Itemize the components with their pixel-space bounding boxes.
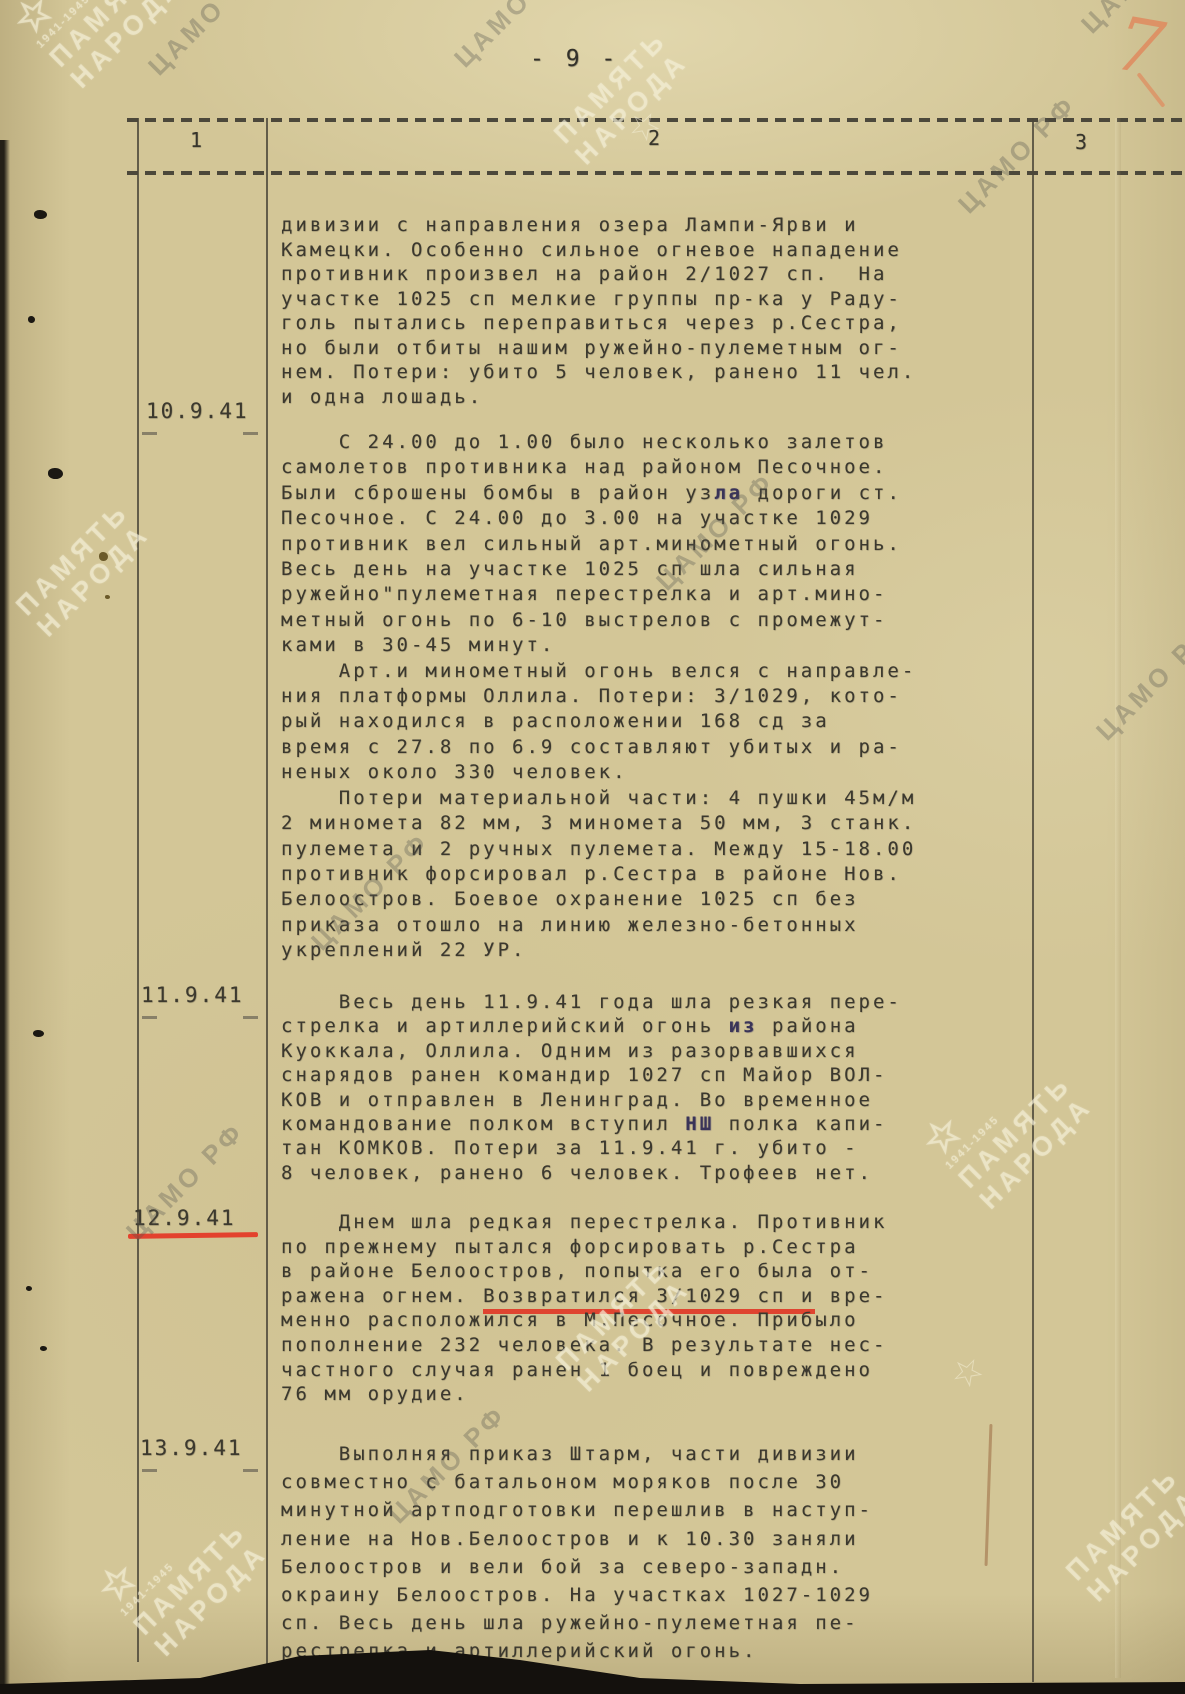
entry-text: Выполняя приказ Штарм, части дивизии сов…: [281, 1440, 981, 1666]
red-underlined-text: Возвратился 3/1029 сп и: [483, 1285, 815, 1314]
entry-date: 13.9.41: [140, 1436, 243, 1460]
pamyat-watermark: ПАМЯТЬНАРОДА: [1060, 1461, 1185, 1607]
ditto-mark: [243, 1016, 258, 1019]
ditto-mark: [243, 1469, 258, 1472]
ink-corrected-text: ла: [714, 482, 743, 504]
pamyat-watermark: ПАМЯТЬНАРОДА: [10, 496, 156, 642]
table-col1-col2-divider: [266, 118, 268, 1674]
column-header-2: 2: [648, 126, 661, 150]
entry-text: Днем шла редкая перестрелка. Противник п…: [281, 1210, 981, 1407]
ditto-mark: [142, 1016, 157, 1019]
paper-speck: [99, 552, 108, 561]
table-left-border: [137, 118, 139, 1662]
paper-speck: [34, 210, 47, 219]
page-number: - 9 -: [530, 46, 619, 72]
entry-date: 10.9.41: [146, 399, 249, 423]
date-underline-red: [128, 1232, 258, 1239]
entry-text: дивизии с направления озера Лампи-Ярви и…: [281, 213, 981, 409]
ink-corrected-text: НШ: [685, 1113, 714, 1135]
paper-speck: [105, 595, 110, 599]
ink-corrected-text: из: [729, 1015, 758, 1037]
ditto-mark: [243, 432, 258, 435]
entry-date: 12.9.41: [133, 1206, 236, 1230]
table-col2-col3-divider: [1032, 118, 1034, 1682]
paper-crease: [985, 1424, 993, 1566]
tsamo-watermark: ЦАМО РФ: [1090, 616, 1185, 747]
document-page: - 9 - 7 1 2 3 дивизии с направления озер…: [0, 0, 1185, 1694]
paper-fold-line: [1115, 118, 1121, 1678]
entry-text: С 24.00 до 1.00 было несколько залетов с…: [281, 430, 981, 964]
paper-hole: [48, 468, 63, 479]
entry-date: 11.9.41: [141, 983, 244, 1007]
tsamo-watermark: ЦАМО РФ: [142, 0, 273, 82]
scan-left-edge: [0, 140, 10, 1694]
column-header-1: 1: [190, 128, 203, 152]
paper-speck: [28, 316, 35, 323]
tsamo-watermark: ЦАМО РФ: [952, 89, 1083, 220]
paper-speck: [26, 1286, 32, 1291]
paper-speck: [33, 1030, 44, 1037]
column-header-3: 3: [1075, 130, 1088, 154]
table-top-dashed-line: [127, 118, 1185, 122]
ditto-mark: [142, 1469, 157, 1472]
torn-edge: [0, 1634, 1185, 1694]
pamyat-star-watermark: ☆1941-1945ПАМЯТЬНАРОДА: [6, 0, 190, 94]
ditto-mark: [142, 432, 157, 435]
star-watermark: ☆: [612, 94, 671, 153]
table-header-dashed-line: [127, 171, 1185, 175]
paper-speck: [40, 1346, 47, 1351]
entry-text: Весь день 11.9.41 года шла резкая пере- …: [281, 990, 981, 1185]
